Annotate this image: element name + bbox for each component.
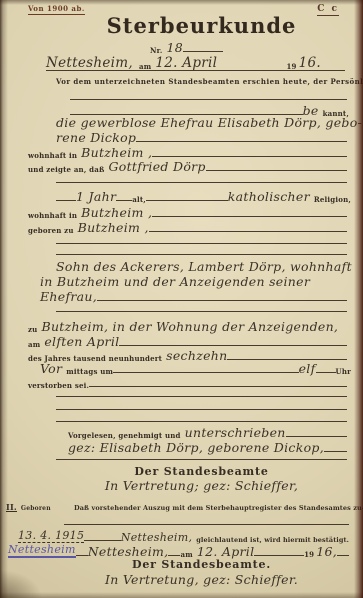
- parents-row-1: Sohn des Ackerers, Lambert Dörp, wohnhaf…: [56, 261, 347, 274]
- year-handwritten: 16.: [299, 57, 321, 71]
- rule-line: [152, 216, 347, 217]
- rule-line: [113, 372, 298, 373]
- rule-line: [324, 451, 347, 452]
- rule-line: [119, 345, 347, 346]
- blank-rule-row: [56, 396, 347, 399]
- rule-line: [146, 200, 228, 201]
- wohnhaft-label: wohnhaft in: [28, 212, 77, 219]
- parents-text-1: Sohn des Ackerers, Lambert Dörp, wohnhaf…: [56, 261, 352, 274]
- mittags-label: mittags um: [66, 368, 113, 375]
- certification-statement-row: Daß vorstehender Auszug mit dem Sterbeha…: [74, 500, 349, 511]
- declarant-signature-row: gez: Elisabeth Dörp, geborene Dickop,: [68, 440, 347, 454]
- register-place-handwritten: Nettesheim,: [121, 532, 192, 543]
- announcement-row: und zeigte an, daß Gottfried Dörp: [28, 160, 347, 173]
- death-year-handwritten: sechzehn: [166, 350, 227, 363]
- geboren-label: geboren zu: [28, 227, 74, 234]
- rule-line: [56, 243, 347, 244]
- intro-row: Vor dem unterzeichneten Standesbeamten e…: [56, 78, 349, 85]
- death-day-handwritten: elften April: [44, 336, 119, 349]
- issue-year-prefix: 19: [304, 551, 314, 558]
- parents-row-3: Ehefrau,: [40, 290, 347, 303]
- deceased-residence: Butzheim ,: [81, 207, 152, 220]
- margin-label: Geboren: [21, 506, 51, 512]
- rule-line: [89, 386, 347, 387]
- certification-detail-row: 13. 4. 1915 Nettesheim, gleichlautend is…: [18, 530, 349, 543]
- zu-label: zu: [28, 326, 37, 333]
- rule-line: [152, 156, 347, 157]
- record-number-label: Nr.: [150, 47, 162, 54]
- declarant-residence-row: wohnhaft in Butzheim ,: [28, 146, 347, 159]
- rule-line: [56, 459, 347, 460]
- hour-handwritten: elf: [299, 363, 316, 376]
- title-row: Sterbeurkunde: [40, 15, 363, 36]
- declarant-row-1: die gewerblose Ehefrau Elisabeth Dörp, g…: [56, 117, 347, 130]
- alt-label: alt,: [132, 196, 146, 203]
- intro-text: Vor dem unterzeichneten Standesbeamten e…: [56, 78, 363, 85]
- place-handwritten: Nettesheim,: [46, 57, 133, 71]
- birthplace-handwritten: Butzheim ,: [78, 222, 149, 235]
- registrar-signature-row-2: In Vertretung, gez: Schieffer.: [40, 574, 363, 587]
- rule-line: [70, 99, 347, 100]
- death-day-row: am elften April: [28, 335, 347, 348]
- parents-text-2: in Butzheim und der Anzeigenden seiner: [40, 276, 310, 289]
- parents-row-2: in Butzheim und der Anzeigenden seiner: [40, 276, 347, 289]
- page-title: Sterbeurkunde: [107, 15, 297, 36]
- death-place-row: zu Butzheim, in der Wohnung der Anzeigen…: [28, 320, 349, 333]
- rule-line: [56, 182, 347, 183]
- issue-date-handwritten: 12. April: [197, 546, 255, 559]
- registrar-title: Der Standesbeamte: [134, 466, 268, 477]
- rule-line: [56, 396, 347, 397]
- archive-stamp: Von 1900 ab.: [28, 4, 85, 15]
- rule-line: [56, 200, 76, 201]
- rule-line: [64, 524, 349, 525]
- registrar-signature-2: In Vertretung, gez: Schieffer.: [105, 574, 298, 587]
- vor-handwritten: Vor: [40, 363, 62, 376]
- vorgelesen-row: Vorgelesen, genehmigt und unterschrieben: [68, 426, 347, 439]
- rule-line: [56, 254, 347, 255]
- deceased-residence-row: wohnhaft in Butzheim ,: [28, 206, 347, 219]
- religion-handwritten: katholischer: [228, 191, 310, 204]
- declarant-row-2: rene Dickop: [56, 131, 347, 144]
- age-religion-row: 1 Jahr alt, katholischer Religion,: [56, 190, 351, 203]
- uhr-label: Uhr: [336, 368, 351, 375]
- registrar-title-row: Der Standesbeamte: [40, 466, 363, 477]
- registrar-signature: In Vertretung; gez: Schieffer,: [105, 480, 298, 493]
- blank-rule-row: [70, 99, 347, 102]
- birthplace-row: geboren zu Butzheim ,: [28, 221, 347, 234]
- date-handwritten: 12. April: [155, 57, 217, 71]
- blue-margin-note: Nettesheim: [8, 544, 76, 558]
- am-label: am: [139, 63, 151, 70]
- registrar-title-2: Der Standesbeamte.: [132, 559, 271, 570]
- blank-rule-row: [56, 243, 347, 246]
- deceased-name: Gottfried Dörp: [108, 161, 205, 174]
- record-number-value: 18: [166, 42, 183, 55]
- am-label: am: [28, 341, 40, 348]
- age-handwritten: 1 Jahr: [76, 191, 116, 204]
- issue-am-label: am: [180, 551, 192, 558]
- rule-line: [149, 231, 347, 232]
- registrar-title-row-2: Der Standesbeamte.: [40, 559, 363, 570]
- rule-line: [254, 555, 304, 556]
- blank-rule-row: [56, 311, 347, 314]
- rule-line: [286, 436, 347, 437]
- rule-line: [56, 409, 347, 410]
- rule-line: [56, 311, 347, 312]
- death-certificate-document: Von 1900 ab. C c Sterbeurkunde Nr. 18 Ne…: [0, 0, 363, 598]
- issue-year-handwritten: 16,: [316, 546, 337, 559]
- wohnhaft-label: wohnhaft in: [28, 152, 77, 159]
- declarant-text-2: rene Dickop: [56, 132, 136, 145]
- rule-line: [227, 359, 347, 360]
- blank-rule-row: [56, 421, 347, 424]
- rule-line: [136, 141, 347, 142]
- blank-rule-row: [56, 459, 347, 462]
- zeigte-label: und zeigte an, daß: [28, 166, 104, 173]
- rule-line: [337, 555, 349, 556]
- rule-line: [56, 421, 347, 422]
- parents-text-3: Ehefrau,: [40, 291, 97, 304]
- death-place-handwritten: Butzheim, in der Wohnung der Anzeigenden…: [41, 321, 338, 334]
- declarant-signature: gez: Elisabeth Dörp, geborene Dickop,: [68, 442, 324, 455]
- verstorben-label: verstorben sei.: [28, 382, 89, 389]
- religion-label: Religion,: [314, 196, 351, 203]
- rule-line: [84, 540, 120, 541]
- certification-statement-start: Daß vorstehender Auszug mit dem Sterbeha…: [74, 505, 362, 512]
- rule-line: [116, 200, 132, 201]
- margin-date-handwritten: 13. 4. 1915: [18, 530, 84, 543]
- rule-line: [183, 51, 223, 52]
- blank-rule-row: [56, 254, 347, 257]
- blank-rule-row: [56, 182, 347, 185]
- place-date-row: Nettesheim, am 12. April 19 16.: [46, 54, 345, 71]
- declarant-residence: Butzheim ,: [81, 147, 152, 160]
- blank-rule-row: [56, 409, 347, 412]
- record-number-row: Nr. 18: [150, 40, 260, 54]
- vorgelesen-label: Vorgelesen, genehmigt und: [68, 432, 181, 439]
- margin-note-row: II. Geboren: [6, 503, 51, 512]
- issue-line-row: Nettesheim Nettesheim, am 12. April 19 1…: [8, 544, 349, 558]
- rule-line: [206, 170, 347, 171]
- issue-place-handwritten: Nettesheim,: [88, 546, 169, 559]
- rule-line: [97, 300, 347, 301]
- rule-line: [316, 372, 336, 373]
- year-printed-prefix: 19: [286, 63, 296, 70]
- verstorben-row: verstorben sei.: [28, 377, 347, 389]
- rule-line: [76, 555, 88, 556]
- registrar-signature-row: In Vertretung; gez: Schieffer,: [40, 480, 363, 493]
- rule-line: [168, 555, 180, 556]
- blank-rule-row: [64, 524, 349, 527]
- declarant-text-1: die gewerblose Ehefrau Elisabeth Dörp, g…: [56, 117, 362, 130]
- death-time-row: Vor mittags um elf Uhr: [40, 362, 351, 375]
- certification-statement-end: gleichlautend ist, wird hiermit bestätig…: [196, 537, 349, 544]
- archive-stamp-row: Von 1900 ab.: [28, 4, 85, 15]
- unterschrieben-handwritten: unterschrieben: [185, 427, 286, 440]
- margin-numeral: II.: [6, 503, 17, 512]
